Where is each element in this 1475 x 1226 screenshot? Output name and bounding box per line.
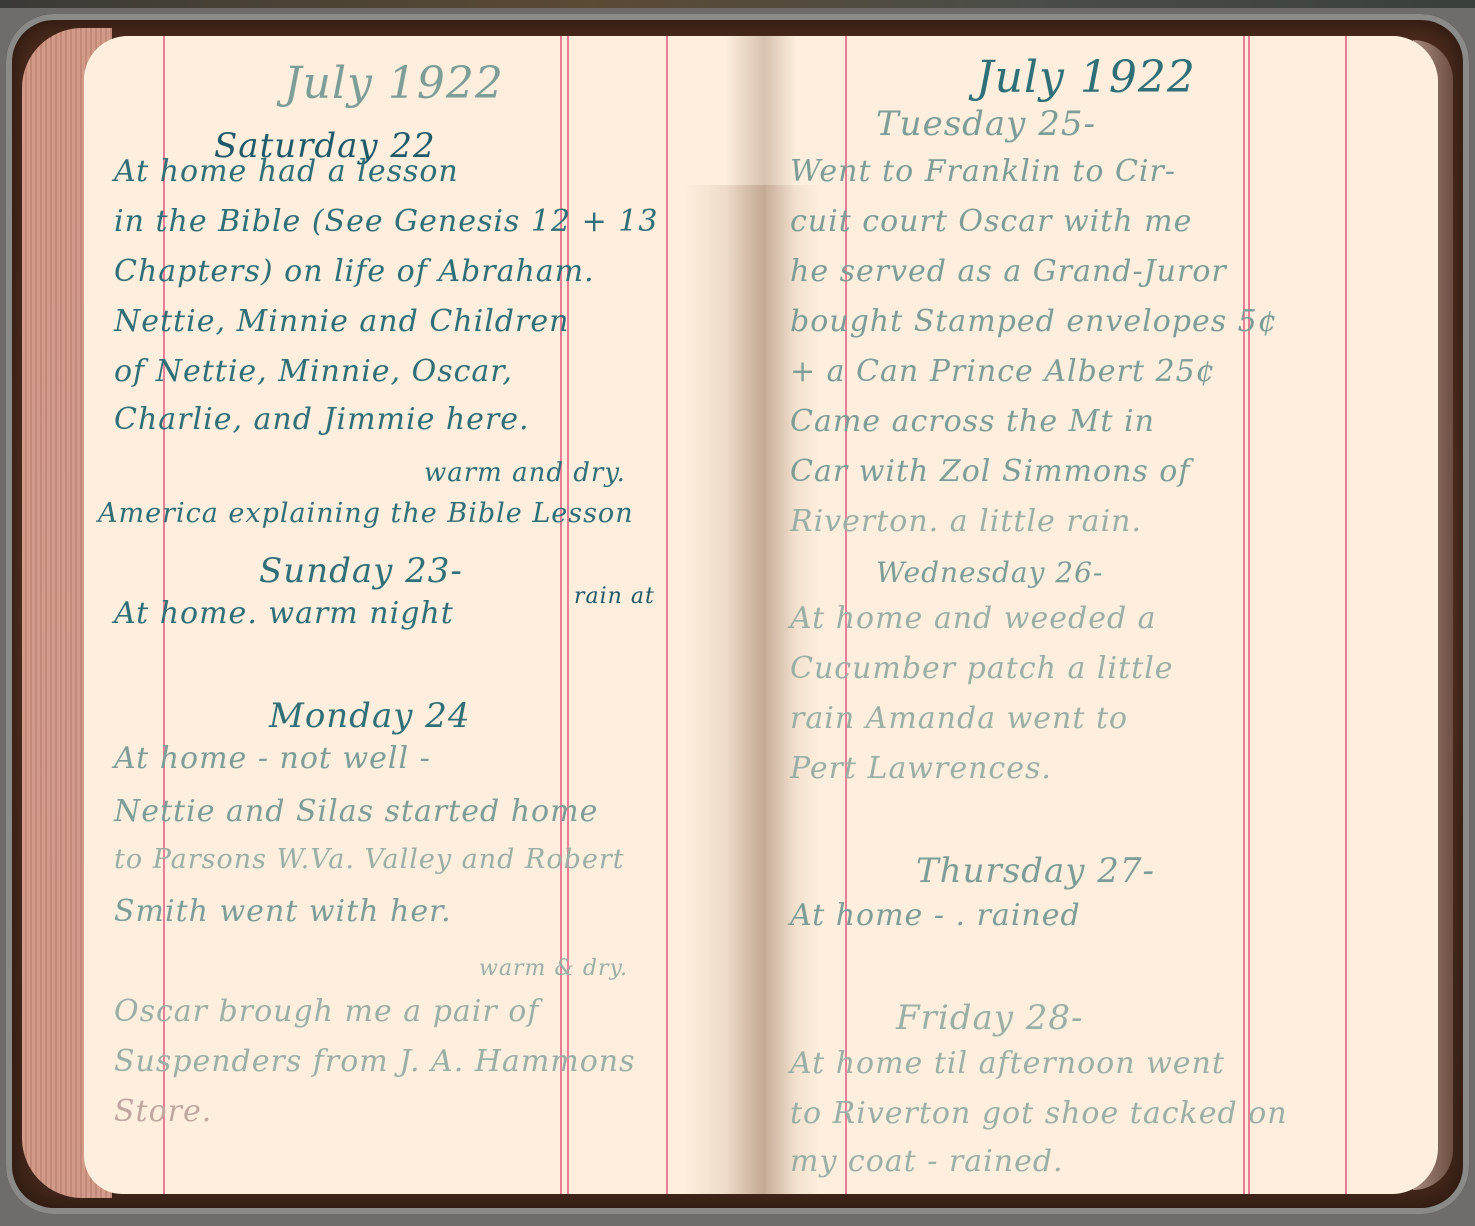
entry-day-heading: Friday 28-: [896, 998, 1084, 1038]
entry-line: warm & dry.: [479, 956, 628, 981]
entry-line: Charlie, and Jimmie here.: [114, 402, 530, 437]
entry-line: Oscar brough me a pair of: [114, 994, 539, 1029]
margin-line: [1248, 36, 1250, 1194]
entry-day-heading: Thursday 27-: [916, 851, 1155, 891]
entry-line: At home - . rained: [790, 898, 1081, 933]
entry-line: Smith went with her.: [114, 894, 452, 929]
margin-note: rain at: [574, 584, 655, 609]
entry-line: Chapters) on life of Abraham.: [114, 254, 595, 289]
entry-day-heading: Tuesday 25-: [876, 104, 1096, 144]
entry-line: At home - not well -: [114, 741, 431, 776]
entry-day-heading: Monday 24: [269, 696, 471, 736]
entry-line: Went to Franklin to Cir-: [790, 154, 1176, 189]
entry-line: Came across the Mt in: [790, 404, 1155, 439]
entry-day-heading: Wednesday 26-: [876, 556, 1103, 589]
entry-line: Nettie and Silas started home: [114, 794, 598, 829]
entry-line: bought Stamped envelopes 5¢: [790, 304, 1278, 339]
entry-line: Cucumber patch a little: [790, 651, 1174, 686]
entry-line: At home. warm night: [114, 596, 454, 631]
entry-line: Suspenders from J. A. Hammons: [114, 1044, 636, 1079]
scanner-edge: [0, 0, 1475, 8]
margin-line: [1345, 36, 1347, 1194]
entry-line: of Nettie, Minnie, Oscar,: [114, 354, 513, 389]
entry-line: America explaining the Bible Lesson: [98, 498, 634, 529]
left-page: July 1922 Saturday 22 At home had a less…: [84, 36, 766, 1194]
entry-line: At home til afternoon went: [790, 1046, 1225, 1081]
entry-line: Riverton. a little rain.: [790, 504, 1142, 539]
entry-line: to Parsons W.Va. Valley and Robert: [114, 844, 625, 875]
entry-line: Store.: [114, 1094, 212, 1129]
month-header: July 1922: [284, 58, 504, 109]
entry-line: warm and dry.: [424, 458, 626, 488]
entry-line: Nettie, Minnie and Children: [114, 304, 569, 339]
entry-line: rain Amanda went to: [790, 701, 1128, 736]
entry-line: to Riverton got shoe tacked on: [790, 1096, 1288, 1131]
entry-line: my coat - rained.: [790, 1144, 1064, 1179]
entry-line: cuit court Oscar with me: [790, 204, 1192, 239]
entry-line: Pert Lawrences.: [790, 751, 1052, 786]
entry-day-heading: Sunday 23-: [259, 551, 463, 591]
month-header: July 1922: [976, 52, 1196, 103]
entry-line: he served as a Grand-Juror: [790, 254, 1227, 289]
entry-line: + a Can Prince Albert 25¢: [790, 354, 1216, 389]
margin-line: [1243, 36, 1245, 1194]
margin-line: [666, 36, 668, 1194]
right-page: July 1922 Tuesday 25- Went to Franklin t…: [766, 36, 1438, 1194]
entry-line: At home and weeded a: [790, 601, 1157, 636]
entry-line: in the Bible (See Genesis 12 + 13: [114, 204, 658, 239]
entry-line: At home had a lesson: [114, 154, 459, 189]
entry-line: Car with Zol Simmons of: [790, 454, 1190, 489]
